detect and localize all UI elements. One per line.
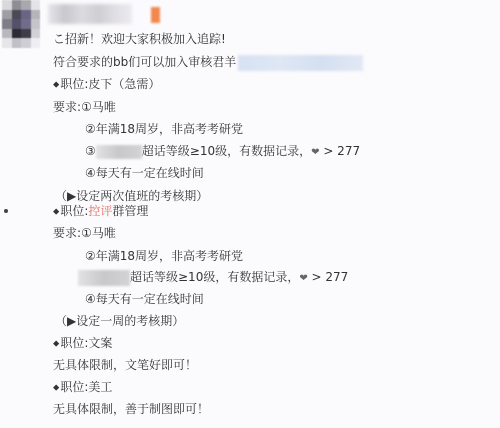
- position-name: 文案: [88, 336, 112, 350]
- position-1-title: ⬥职位:皮下（急需）: [53, 76, 160, 93]
- position-name-highlight: 控评: [88, 204, 112, 218]
- user-badge-icon: [151, 7, 160, 23]
- requirements-label: 要求: [53, 100, 77, 114]
- assessment-note: （▶设定一周的考核期）: [55, 314, 184, 328]
- requirement-item: ④每天有一定在线时间: [85, 166, 204, 180]
- intro-text-1: 招新！欢迎大家积极加入追踪!: [65, 32, 226, 46]
- requirement-item: ③: [85, 144, 96, 158]
- position-3-description: 无具体限制，文笔好即可！: [53, 357, 197, 373]
- position-name: 美工: [88, 380, 112, 394]
- position-4-description: 无具体限制，善于制图即可！: [53, 401, 209, 417]
- position-label: 职位: [60, 336, 84, 350]
- position-label: 职位: [60, 204, 84, 218]
- avatar[interactable]: [2, 0, 40, 48]
- position-description: 无具体限制，善于制图即可！: [53, 402, 209, 416]
- intro-prefix: こ: [53, 32, 65, 46]
- heart-icon: ❤: [311, 147, 319, 158]
- position-2-req-4: ④每天有一定在线时间: [85, 291, 204, 307]
- requirement-item: ①马唯: [81, 226, 116, 240]
- position-name: 皮下（急需）: [88, 77, 160, 91]
- assessment-note: （▶设定两次值班的考核期）: [55, 189, 208, 203]
- diamond-icon: ⬥: [53, 80, 59, 90]
- position-1-req-4: ④每天有一定在线时间: [85, 165, 204, 181]
- requirement-item: ④每天有一定在线时间: [85, 292, 204, 306]
- requirement-item: 超话等级≥10级，有数据记录，: [142, 144, 311, 158]
- requirements-label: 要求: [53, 226, 77, 240]
- heart-icon: ❤: [299, 273, 307, 284]
- requirement-item: ②年满18周岁，非高考考研党: [85, 122, 243, 136]
- diamond-icon: ⬥: [53, 207, 59, 217]
- position-2-note: （▶设定一周的考核期）: [55, 313, 184, 329]
- requirement-item: ①马唯: [81, 100, 116, 114]
- list-bullet: [4, 209, 8, 213]
- requirement-item: ②年满18周岁，非高考考研党: [85, 249, 243, 263]
- requirement-value: > 277: [312, 270, 349, 284]
- group-number-redacted: [238, 55, 363, 71]
- position-label: 职位: [60, 380, 84, 394]
- intro-line-1: こ招新！欢迎大家积极加入追踪!: [53, 31, 226, 47]
- weibo-post: こ招新！欢迎大家积极加入追踪! 符合要求的bb们可以加入审核君羊 ⬥职位:皮下（…: [0, 0, 500, 428]
- diamond-icon: ⬥: [53, 383, 59, 393]
- position-1-req-2: ②年满18周岁，非高考考研党: [85, 121, 243, 137]
- position-1-note: （▶设定两次值班的考核期）: [55, 188, 208, 204]
- position-label: 职位: [60, 77, 84, 91]
- position-1-req-1: 要求:①马唯: [53, 99, 116, 115]
- position-name: 群管理: [112, 204, 148, 218]
- diamond-icon: ⬥: [53, 339, 59, 349]
- intro-text-2: 符合要求的bb们可以加入审核君羊: [53, 55, 236, 69]
- position-3-title: ⬥职位:文案: [53, 335, 112, 352]
- topic-name-redacted: [96, 145, 142, 159]
- position-2-req-2: ②年满18周岁，非高考考研党: [85, 248, 243, 264]
- position-2-req-1: 要求:①马唯: [53, 225, 116, 241]
- requirement-item: 超话等级≥10级，有数据记录，: [130, 270, 299, 284]
- requirement-value: > 277: [323, 144, 360, 158]
- intro-line-2: 符合要求的bb们可以加入审核君羊: [53, 54, 363, 71]
- position-2-title: ⬥职位:控评群管理: [53, 203, 148, 220]
- username-redacted[interactable]: [48, 4, 132, 24]
- position-2-req-3: 超话等级≥10级，有数据记录，❤ > 277: [78, 269, 348, 287]
- position-description: 无具体限制，文笔好即可！: [53, 358, 197, 372]
- position-4-title: ⬥职位:美工: [53, 379, 112, 396]
- topic-name-redacted: [78, 270, 130, 286]
- position-1-req-3: ③超话等级≥10级，有数据记录，❤ > 277: [85, 143, 360, 161]
